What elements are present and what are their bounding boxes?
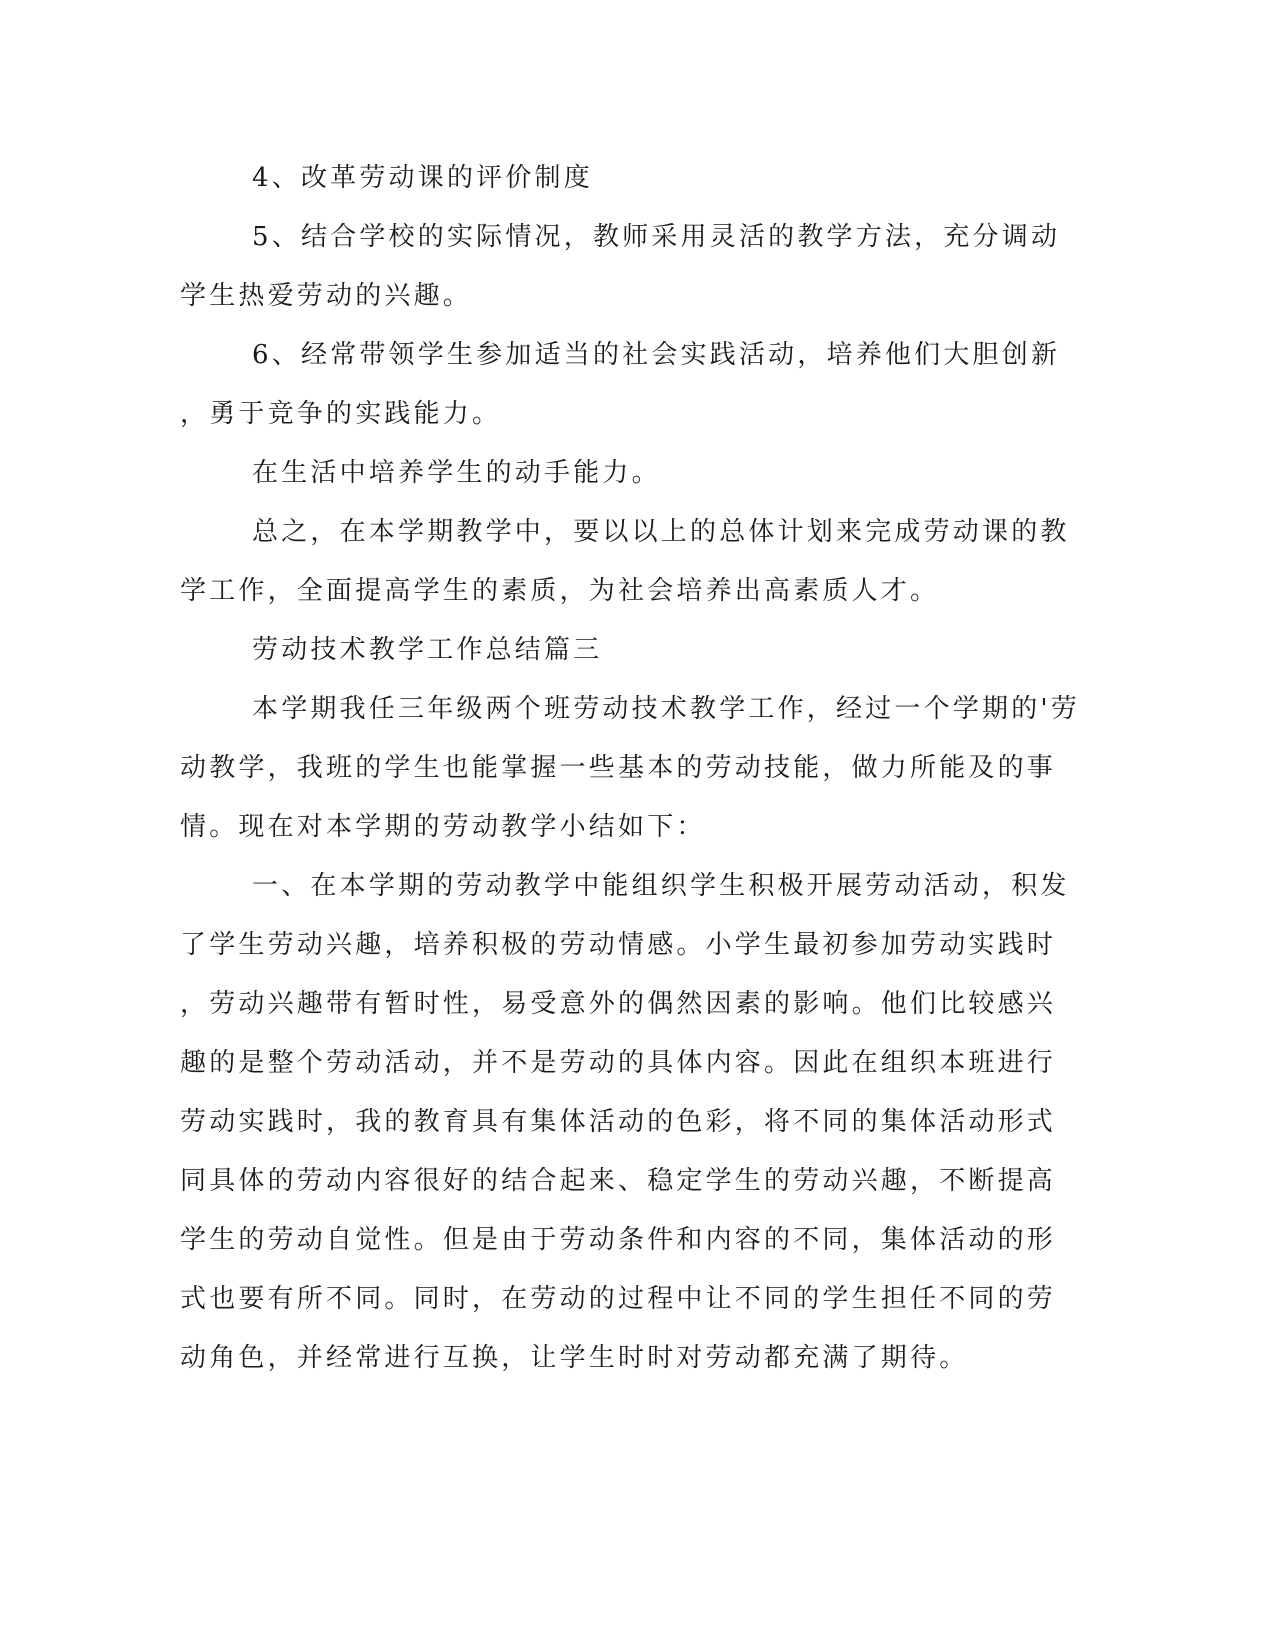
text-line-point-1: 一、在本学期的劳动教学中能组织学生积极开展劳动活动，积发 [252,866,1070,906]
text-line-item-5: 5、结合学校的实际情况，教师采用灵活的教学方法，充分调动 [252,217,1060,257]
text-line: 趣的是整个劳动活动，并不是劳动的具体内容。因此在组织本班进行 [180,1043,1056,1083]
text-line: 劳动实践时，我的教育具有集体活动的色彩，将不同的集体活动形式 [180,1102,1056,1142]
text-line: ，劳动兴趣带有暂时性，易受意外的偶然因素的影响。他们比较感兴 [180,984,1056,1024]
text-line: 学生的劳动自觉性。但是由于劳动条件和内容的不同，集体活动的形 [180,1220,1056,1260]
text-line: 同具体的劳动内容很好的结合起来、稳定学生的劳动兴趣，不断提高 [180,1161,1056,1201]
text-line: 学工作，全面提高学生的素质，为社会培养出高素质人才。 [180,571,939,611]
text-line: 情。现在对本学期的劳动教学小结如下： [180,807,706,847]
text-line: 在生活中培养学生的动手能力。 [252,453,661,493]
text-line: ，勇于竞争的实践能力。 [180,394,501,434]
text-line-item-4: 4、改革劳动课的评价制度 [252,158,593,198]
text-line: 式也要有所不同。同时，在劳动的过程中让不同的学生担任不同的劳 [180,1279,1056,1319]
text-line: 动角色，并经常进行互换，让学生时时对劳动都充满了期待。 [180,1338,968,1378]
text-line-item-6: 6、经常带领学生参加适当的社会实践活动，培养他们大胆创新 [252,335,1060,375]
text-line: 学生热爱劳动的兴趣。 [180,276,472,316]
text-line-summary: 总之，在本学期教学中，要以以上的总体计划来完成劳动课的教 [252,512,1070,552]
section-heading: 劳动技术教学工作总结篇三 [252,630,602,670]
text-line: 了学生劳动兴趣，培养积极的劳动情感。小学生最初参加劳动实践时 [180,925,1056,965]
text-line: 本学期我任三年级两个班劳动技术教学工作，经过一个学期的'劳 [252,689,1080,729]
text-line: 动教学，我班的学生也能掌握一些基本的劳动技能，做力所能及的事 [180,748,1056,788]
